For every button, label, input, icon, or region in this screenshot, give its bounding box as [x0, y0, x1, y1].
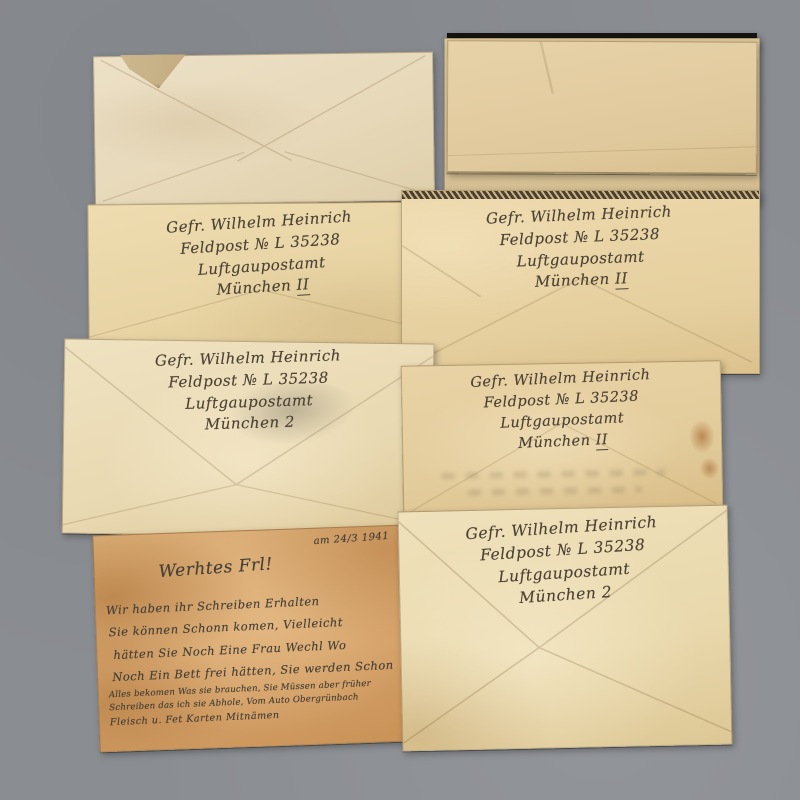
district-number: 2	[601, 583, 613, 602]
letter-date: am 24/3 1941	[314, 531, 390, 547]
district-number: II	[615, 269, 629, 289]
brown-stain	[689, 419, 716, 453]
envelope-blank-back	[93, 52, 435, 206]
district-number: II	[595, 432, 608, 451]
district-number: 2	[284, 413, 295, 431]
envelope-addressed-row3-left: Gefr. Wilhelm Heinrich Feldpost № L 3523…	[62, 338, 435, 538]
folded-letter-sheet-front	[447, 40, 758, 175]
envelope-addressed-row3-right: Gefr. Wilhelm Heinrich Feldpost № L 3523…	[401, 360, 724, 516]
city-name: München	[535, 270, 610, 291]
ink-bleed-smudge	[442, 469, 665, 479]
handwritten-address: Gefr. Wilhelm Heinrich Feldpost № L 3523…	[78, 343, 419, 440]
paper-crease-lines	[448, 41, 757, 173]
torn-flap-corner	[120, 54, 186, 89]
handwritten-letter: am 24/3 1941 Werhtes Frl! Wir haben ihr …	[92, 525, 409, 753]
city-name: München	[216, 276, 292, 299]
envelope-addressed-row2-right: Gefr. Wilhelm Heinrich Feldpost № L 3523…	[401, 190, 760, 374]
envelope-addressed-bottom-right: Gefr. Wilhelm Heinrich Feldpost № L 3523…	[398, 505, 733, 752]
city-name: München	[204, 413, 279, 433]
brown-stain	[699, 457, 719, 479]
letter-salutation: Werhtes Frl!	[158, 554, 274, 582]
handwritten-address: Gefr. Wilhelm Heinrich Feldpost № L 3523…	[410, 507, 717, 616]
city-name: München	[518, 433, 591, 452]
envelope-addressed-row2-left: Gefr. Wilhelm Heinrich Feldpost № L 3523…	[87, 201, 434, 349]
photo-feldpost-envelopes: 4/4 Gefr. Wilhelm Heinrich Feldpost № L …	[0, 0, 800, 800]
district-number: II	[296, 275, 310, 296]
city-name: München	[519, 584, 597, 607]
handwritten-address: Gefr. Wilhelm Heinrich Feldpost № L 3523…	[415, 199, 747, 299]
letter-body: Wir haben ihr Schreiben Erhalten Sie kön…	[105, 588, 402, 732]
ink-bleed-smudge	[467, 487, 642, 496]
dark-lined-envelope-edge	[402, 191, 759, 199]
handwritten-address: Gefr. Wilhelm Heinrich Feldpost № L 3523…	[414, 363, 710, 460]
handwritten-address: Gefr. Wilhelm Heinrich Feldpost № L 3523…	[100, 202, 421, 308]
